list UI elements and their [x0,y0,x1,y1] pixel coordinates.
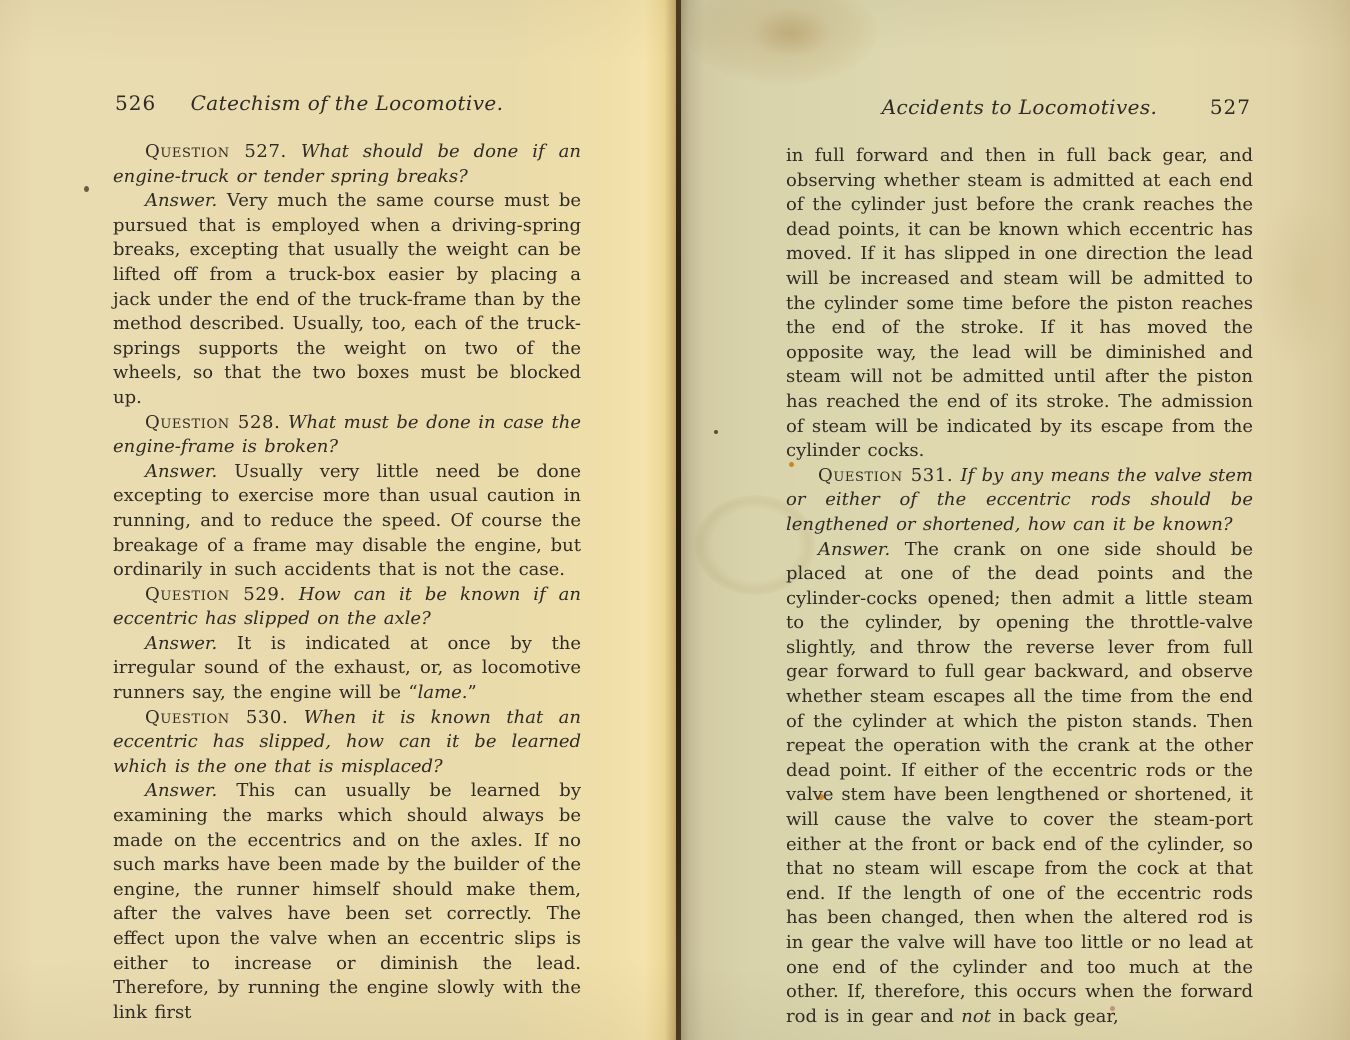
text-run: in back gear, [991,1006,1119,1027]
right-page-body: in full forward and then in full back ge… [786,144,1253,1029]
text-run: not [961,1006,991,1027]
book-gutter [676,0,681,1040]
text-run: Question 528. [145,412,280,433]
paragraph-question: Question 527. What should be done if an … [113,140,581,189]
text-run: Very much the same course must be pursue… [113,190,581,408]
text-run: Question 530. [145,707,288,728]
text-run: in full forward and then in full back ge… [786,145,1253,461]
right-running-title: Accidents to Locomotives. [786,94,1253,120]
left-page-number: 526 [115,90,156,116]
page-right: Accidents to Locomotives. 527 in full fo… [786,94,1253,1029]
paragraph-answer: Answer. It is indicated at once by the i… [113,632,581,706]
text-run: Question 531. [818,465,953,486]
paragraph-question: Question 529. How can it be known if an … [113,583,581,632]
text-run: The crank on one side should be placed a… [786,539,1253,1027]
paragraph-answer: Answer. This can usually be learned by e… [113,779,581,1025]
paragraph-answer: Answer. The crank on one side should be … [786,538,1253,1030]
text-run: Answer. [145,461,217,482]
paragraph-question: Question 531. If by any means the valve … [786,464,1253,538]
text-run: This can usually be learned by examining… [113,780,581,1022]
book-spread: 526 Catechism of the Locomotive. Questio… [0,0,1350,1040]
paragraph-question: Question 530. When it is known that an e… [113,706,581,780]
paragraph-answer: Answer. Very much the same course must b… [113,189,581,410]
text-run: Answer. [145,633,217,654]
right-page-number: 527 [1210,94,1251,120]
left-page-body: Question 527. What should be done if an … [113,140,581,1025]
text-run: Question 527. [145,141,287,162]
text-run: ” [468,682,477,703]
text-run: Answer. [145,780,217,801]
left-running-title: Catechism of the Locomotive. [113,90,581,116]
right-page-header: Accidents to Locomotives. 527 [786,94,1253,122]
page-left: 526 Catechism of the Locomotive. Questio… [113,90,581,1025]
paragraph-continuation: in full forward and then in full back ge… [786,144,1253,464]
text-run: Answer. [818,539,890,560]
paragraph-answer: Answer. Usually very little need be done… [113,460,581,583]
paragraph-question: Question 528. What must be done in case … [113,411,581,460]
text-run: Question 529. [145,584,286,605]
left-page-header: 526 Catechism of the Locomotive. [113,90,581,118]
text-run: Answer. [145,190,217,211]
text-run: lame. [418,682,468,703]
